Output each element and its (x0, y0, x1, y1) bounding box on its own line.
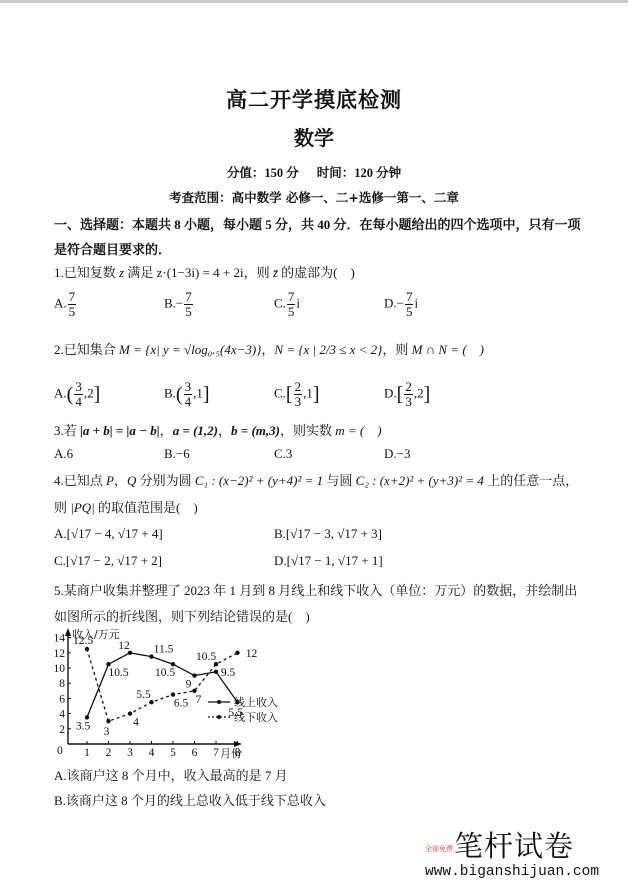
series-lines: 3.510.51211.510.599.55.512.5345.56.5710.… (73, 635, 258, 738)
question-3-option-a[interactable]: A.6 (54, 446, 73, 462)
svg-text:6.5: 6.5 (174, 698, 189, 710)
question-4-stem-line-1: 4.已知点 P，Q 分别为圆 C₁ : (x−2)² + (y+4)² = 1 … (54, 470, 578, 489)
question-1-stem: 1.已知复数 z 满足 z·(1−3i) = 4 + 2i，则 z̄ 的虚部为(… (54, 262, 355, 281)
question-5-option-a[interactable]: A.该商户这 8 个月中，收入最高的是 7 月 (54, 765, 288, 784)
fraction: 23 (294, 380, 303, 409)
fraction: 34 (74, 380, 83, 409)
watermark-title: 笔杆试卷 (454, 824, 574, 865)
legend-online: 线上收入 (234, 695, 278, 709)
svg-text:8: 8 (59, 678, 65, 690)
question-2-option-c[interactable]: C.[23,1] (274, 380, 320, 409)
question-5-stem-line-2: 如图所示的折线图，则下列结论错误的是( ) (54, 606, 310, 625)
question-5-option-b[interactable]: B.该商户这 8 个月的线上总收入低于线下总收入 (54, 790, 326, 809)
svg-text:6: 6 (59, 693, 65, 705)
fraction: 75 (68, 290, 77, 319)
window-top-border (0, 0, 628, 3)
svg-text:5.5: 5.5 (136, 689, 151, 701)
fraction: 75 (287, 290, 296, 319)
svg-text:12: 12 (54, 648, 66, 660)
question-4-stem-line-2: 则 |PQ| 的取值范围是( ) (54, 497, 198, 516)
question-4-option-b[interactable]: B.[√17 − 3, √17 + 3] (274, 526, 382, 542)
svg-text:2: 2 (106, 747, 112, 759)
fraction: 75 (405, 290, 414, 319)
income-line-chart: 收入/万元 月份 0 2468101214 12345678 3.510.512… (40, 626, 310, 760)
watermark-url: www.biganshijuan.com (425, 864, 599, 880)
question-2-option-b[interactable]: B.(34,1] (164, 380, 210, 409)
svg-text:1: 1 (84, 747, 90, 759)
exam-meta: 分值：150 分时间：120 分钟 (0, 163, 628, 181)
origin-label: 0 (57, 745, 63, 757)
svg-text:6: 6 (192, 747, 198, 759)
svg-text:4: 4 (149, 747, 155, 759)
svg-text:14: 14 (54, 633, 66, 645)
fraction: 75 (184, 290, 193, 319)
svg-text:12: 12 (246, 648, 258, 660)
exam-title: 高二开学摸底检测 (0, 84, 628, 114)
svg-text:12.5: 12.5 (73, 635, 93, 647)
watermark-badge: 全部免费 (425, 844, 453, 854)
svg-text:10.5: 10.5 (155, 667, 175, 679)
watermark-logo: 笔杆试卷 全部免费 www.biganshijuan.com (420, 820, 620, 890)
svg-text:11.5: 11.5 (154, 644, 174, 656)
svg-text:10.5: 10.5 (196, 651, 216, 663)
question-3-option-d[interactable]: D.−3 (384, 446, 410, 462)
svg-text:9.5: 9.5 (221, 667, 236, 679)
time-label: 时间：120 分钟 (317, 166, 401, 180)
legend-offline: 线下收入 (234, 710, 278, 724)
svg-text:3: 3 (104, 726, 110, 738)
svg-text:2: 2 (59, 724, 65, 736)
svg-text:5: 5 (170, 747, 176, 759)
question-3-stem: 3.若 |a + b| = |a − b|，a = (1,2)，b = (m,3… (54, 420, 382, 439)
question-1-option-d[interactable]: D.−75i (384, 290, 418, 319)
question-4-option-a[interactable]: A.[√17 − 4, √17 + 4] (54, 526, 163, 542)
exam-subject: 数学 (0, 122, 628, 151)
question-4-option-c[interactable]: C.[√17 − 2, √17 + 2] (54, 553, 162, 569)
fraction: 23 (404, 380, 413, 409)
svg-text:3: 3 (127, 747, 133, 759)
svg-text:10: 10 (54, 663, 66, 675)
svg-text:3.5: 3.5 (76, 720, 91, 732)
svg-text:8: 8 (235, 747, 241, 759)
question-1-option-a[interactable]: A.75 (54, 290, 77, 319)
question-2-stem: 2.已知集合 M = {x| y = √log₀.₅(4x−3)}，N = {x… (54, 339, 484, 358)
y-axis-arrow-icon (65, 628, 71, 636)
svg-text:7: 7 (213, 747, 219, 759)
legend: 线上收入 线下收入 (208, 695, 278, 724)
chart-svg: 收入/万元 月份 0 2468101214 12345678 3.510.512… (40, 626, 310, 760)
score-label: 分值：150 分 (227, 166, 299, 180)
question-3-option-c[interactable]: C.3 (274, 446, 292, 462)
svg-text:7: 7 (196, 694, 202, 706)
question-3-option-b[interactable]: B.−6 (164, 446, 190, 462)
question-4-option-d[interactable]: D.[√17 − 1, √17 + 1] (274, 553, 383, 569)
exam-scope: 考查范围：高中数学 必修一、二+选修一第一、二章 (0, 188, 628, 206)
question-2-option-a[interactable]: A.(34,2] (54, 380, 100, 409)
svg-text:9: 9 (186, 679, 192, 691)
svg-text:4: 4 (59, 709, 65, 721)
question-1-option-b[interactable]: B.−75 (164, 290, 194, 319)
svg-text:12: 12 (118, 640, 130, 652)
svg-text:4: 4 (133, 717, 139, 729)
svg-text:10.5: 10.5 (108, 667, 128, 679)
question-1-option-c[interactable]: C.75i (274, 290, 300, 319)
section-heading: 一、选择题：本题共 8 小题，每小题 5 分，共 40 分．在每小题给出的四个选… (54, 212, 584, 262)
fraction: 34 (184, 380, 193, 409)
question-5-stem-line-1: 5.某商户收集并整理了 2023 年 1 月到 8 月线上和线下收入（单位：万元… (54, 580, 577, 599)
question-2-option-d[interactable]: D.[23,2] (384, 380, 430, 409)
